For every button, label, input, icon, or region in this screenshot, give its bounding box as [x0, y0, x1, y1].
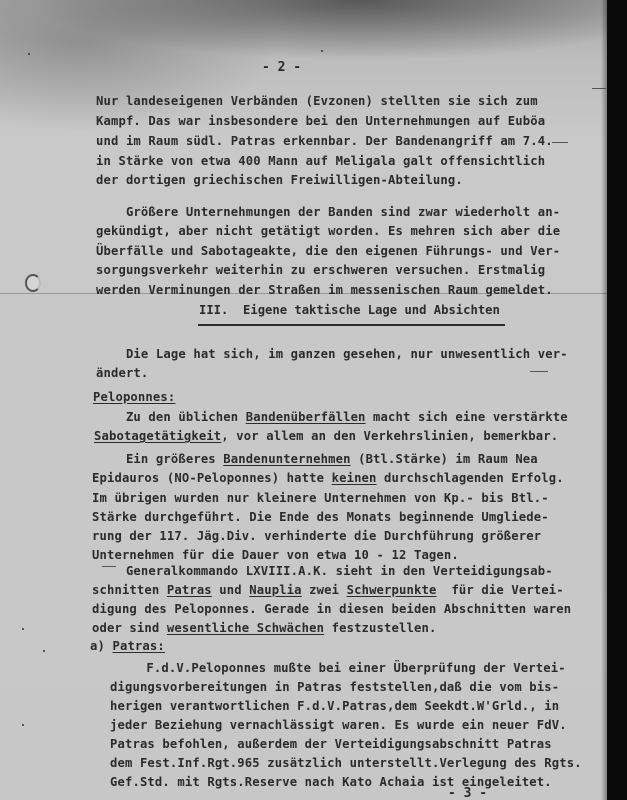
- text-span: für die Vertei-: [436, 583, 563, 597]
- text-span: und: [212, 583, 249, 597]
- text-line: Kampf. Das war insbesondere bei den Unte…: [96, 113, 545, 130]
- text-span: Ein größeres: [96, 452, 223, 466]
- underlined-term: wesentliche Schwächen: [167, 621, 324, 635]
- text-line: oder sind wesentliche Schwächen festzust…: [92, 620, 436, 637]
- heading-underline: [198, 324, 505, 326]
- underlined-term: Bandenunternehmen: [223, 452, 350, 466]
- text-line: herigen verantwortlichen F.d.V.Patras,de…: [110, 698, 559, 715]
- text-span: macht sich eine verstärkte: [366, 410, 568, 424]
- text-line: rung der 117. Jäg.Div. verhinderte die D…: [92, 528, 541, 545]
- speck: [22, 724, 24, 726]
- text-line: Die Lage hat sich, im ganzen gesehen, nu…: [96, 346, 568, 363]
- document-page: - 2 - Nur landeseigenen Verbänden (Evzon…: [0, 0, 607, 800]
- text-span: oder sind: [92, 621, 167, 635]
- text-line: Nur landeseigenen Verbänden (Evzonen) st…: [96, 93, 538, 110]
- speck: [28, 53, 30, 55]
- text-line: und im Raum südl. Patras erkennbar. Der …: [96, 133, 553, 150]
- text-line: Größere Unternehmungen der Banden sind z…: [96, 204, 560, 221]
- text-line: Im übrigen wurden nur kleinere Unternehm…: [92, 490, 549, 507]
- section-heading: III. Eigene taktische Lage und Absichten: [199, 303, 500, 317]
- text-line: Generalkommando LXVIII.A.K. sieht in den…: [96, 563, 553, 580]
- margin-mark: [530, 371, 548, 372]
- text-span: schnitten: [92, 583, 167, 597]
- text-span: Epidauros (NO-Peloponnes) hatte: [92, 471, 332, 485]
- text-line: der dortigen griechischen Freiwilligen-A…: [96, 172, 463, 189]
- underlined-term: keinen: [332, 471, 377, 485]
- text-span: Zu den üblichen: [96, 410, 246, 424]
- margin-mark: [592, 88, 606, 89]
- punch-hole: [25, 274, 41, 292]
- subheading-patras: a) Patras:: [90, 638, 165, 655]
- text-line: dem Fest.Inf.Rgt.965 zusätzlich unterste…: [110, 755, 582, 772]
- text-span: festzustellen.: [324, 621, 436, 635]
- underlined-term: Bandenüberfällen: [246, 410, 366, 424]
- underlined-term: Schwerpunkte: [347, 583, 437, 597]
- page-number-bottom: - 3 -: [448, 786, 487, 800]
- subheading-patras-label: Patras:: [112, 639, 164, 653]
- speck: [22, 628, 24, 630]
- text-line: Epidauros (NO-Peloponnes) hatte keinen d…: [92, 470, 564, 487]
- list-marker: a): [90, 639, 112, 653]
- text-line: schnitten Patras und Nauplia zwei Schwer…: [92, 582, 564, 599]
- text-line: Zu den üblichen Bandenüberfällen macht s…: [96, 409, 568, 426]
- underlined-term: Patras: [167, 583, 212, 597]
- text-line: Patras befohlen, außerdem der Verteidigu…: [110, 736, 552, 753]
- speck: [321, 50, 323, 52]
- text-span: , vor allem an den Verkehrslinien, bemer…: [221, 429, 558, 443]
- text-line: digungsvorbereitungen in Patras feststel…: [110, 679, 559, 696]
- text-line: sorgungsverkehr weiterhin zu erschweren …: [96, 262, 545, 279]
- text-line: jeder Beziehung vernachlässigt waren. Es…: [110, 717, 567, 734]
- underlined-term: Nauplia: [249, 583, 301, 597]
- text-line: Sabotagetätigkeit, vor allem an den Verk…: [94, 428, 558, 445]
- margin-mark: [552, 142, 568, 143]
- text-line: Überfälle und Sabotageakte, die den eige…: [96, 243, 560, 260]
- text-span: (Btl.Stärke) im Raum Nea: [351, 452, 538, 466]
- page-number-top: - 2 -: [262, 60, 301, 75]
- text-line: Unternehmen für die Dauer von etwa 10 - …: [92, 547, 459, 564]
- subheading-peloponnes: Peloponnes:: [93, 389, 175, 406]
- text-line: werden Verminungen der Straßen im messen…: [96, 282, 553, 299]
- underlined-term: Sabotagetätigkeit: [94, 429, 221, 443]
- text-line: ändert.: [96, 365, 148, 382]
- text-line: F.d.V.Peloponnes mußte bei einer Überprü…: [94, 660, 566, 677]
- speck: [43, 650, 45, 652]
- text-line: in Stärke von etwa 400 Mann auf Meligala…: [96, 153, 545, 170]
- text-line: Ein größeres Bandenunternehmen (Btl.Stär…: [96, 451, 538, 468]
- text-line: Stärke durchgeführt. Die Ende des Monats…: [92, 509, 549, 526]
- page-edge-shadow: [601, 0, 607, 800]
- text-span: durchschlagenden Erfolg.: [377, 471, 564, 485]
- text-line: digung des Peloponnes. Gerade in diesen …: [92, 601, 571, 618]
- text-line: gekündigt, aber nicht getätigt worden. E…: [96, 223, 560, 240]
- text-span: zwei: [302, 583, 347, 597]
